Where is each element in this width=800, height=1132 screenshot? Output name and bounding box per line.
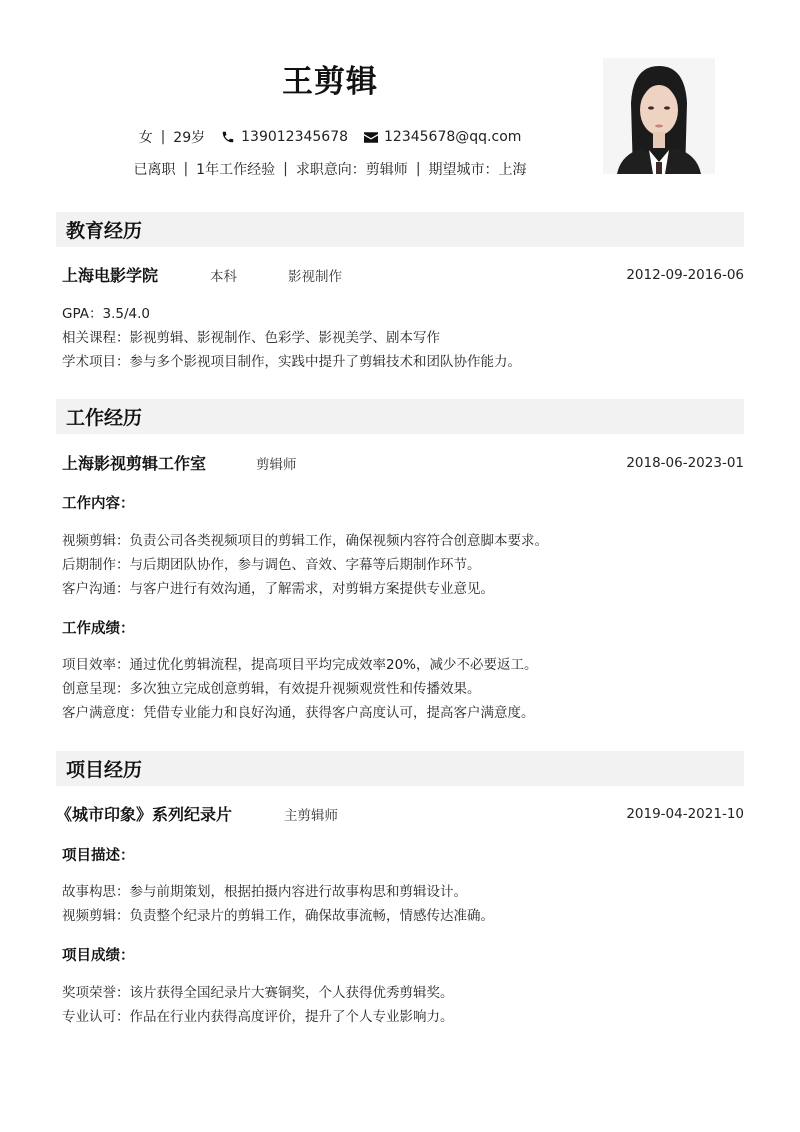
- work-date: 2018-06-2023-01: [626, 455, 744, 471]
- project-entry-header: 《城市印象》系列纪录片 主剪辑师 2019-04-2021-10: [62, 802, 744, 825]
- education-courses: 相关课程：影视剪辑、影视制作、色彩学、影视美学、剧本写作: [62, 326, 440, 346]
- work-content-heading: 工作内容：: [62, 492, 135, 513]
- experience-years: 1年工作经验: [196, 159, 275, 179]
- envelope-icon: [364, 132, 378, 143]
- education-date: 2012-09-2016-06: [626, 267, 744, 283]
- resume-page: 王剪辑 女 | 29岁 13901234567​8 12345678@qq.co…: [0, 0, 800, 1132]
- expected-city: 期望城市：上海: [429, 159, 527, 179]
- project-achievement-item: 专业认可：作品在行业内获得高度评价，提升了个人专业影响力。: [62, 1005, 454, 1025]
- profile-photo: [603, 58, 715, 174]
- work-achievement-item: 项目效率：通过优化剪辑流程，提高项目平均完成效率20%，减少不必要返工。: [62, 653, 538, 673]
- project-date: 2019-04-2021-10: [626, 806, 744, 822]
- project-role: 主剪辑师: [284, 804, 338, 824]
- section-header-project: 项目经历: [56, 751, 744, 786]
- project-desc-heading: 项目描述：: [62, 844, 135, 865]
- gender: 女: [139, 127, 153, 147]
- work-achievement-item: 客户满意度：凭借专业能力和良好沟通，获得客户高度认可，提高客户满意度。: [62, 701, 535, 721]
- major: 影视制作: [288, 265, 342, 285]
- basic-info-row: 女 | 29岁 13901234567​8 12345678@qq.com: [0, 127, 660, 147]
- phone-icon: [221, 130, 235, 144]
- degree: 本科: [210, 265, 237, 285]
- job-intent: 求职意向：剪辑师: [296, 159, 408, 179]
- section-header-work: 工作经历: [56, 399, 744, 434]
- job-role: 剪辑师: [256, 453, 297, 473]
- work-content-item: 视频剪辑：负责公司各类视频项目的剪辑工作，确保视频内容符合创意脚本要求。: [62, 529, 548, 549]
- project-achievement-item: 奖项荣誉：该片获得全国纪录片大赛铜奖，个人获得优秀剪辑奖。: [62, 981, 454, 1001]
- company-name: 上海影视剪辑工作室: [62, 451, 206, 474]
- work-content-item: 客户沟通：与客户进行有效沟通，了解需求，对剪辑方案提供专业意见。: [62, 577, 494, 597]
- separator: |: [161, 129, 166, 145]
- project-name: 《城市印象》系列纪录片: [56, 802, 232, 825]
- work-content-item: 后期制作：与后期团队协作，参与调色、音效、字幕等后期制作环节。: [62, 553, 481, 573]
- candidate-name: 王剪辑: [0, 56, 660, 101]
- employment-status: 已离职: [133, 159, 175, 179]
- project-achievements-heading: 项目成绩：: [62, 944, 135, 965]
- project-desc-item: 视频剪辑：负责整个纪录片的剪辑工作，确保故事流畅，情感传达准确。: [62, 904, 494, 924]
- phone-number: 13901234567​8: [241, 129, 348, 145]
- education-entry-header: 上海电影学院 本科 影视制作 2012-09-2016-06: [62, 263, 744, 286]
- work-achievements-heading: 工作成绩：: [62, 617, 135, 638]
- job-info-row: 已离职 | 1年工作经验 | 求职意向：剪辑师 | 期望城市：上海: [0, 159, 660, 179]
- education-projects: 学术项目：参与多个影视项目制作，实践中提升了剪辑技术和团队协作能力。: [62, 350, 521, 370]
- work-entry-header: 上海影视剪辑工作室 剪辑师 2018-06-2023-01: [62, 451, 744, 474]
- school-name: 上海电影学院: [62, 263, 158, 286]
- age: 29岁: [173, 127, 205, 147]
- project-desc-item: 故事构思：参与前期策划，根据拍摄内容进行故事构思和剪辑设计。: [62, 880, 467, 900]
- section-header-education: 教育经历: [56, 212, 744, 247]
- work-achievement-item: 创意呈现：多次独立完成创意剪辑，有效提升视频观赏性和传播效果。: [62, 677, 481, 697]
- education-gpa: GPA：3.5/4.0: [62, 302, 150, 322]
- email-address: 12345678@qq.com: [384, 129, 521, 145]
